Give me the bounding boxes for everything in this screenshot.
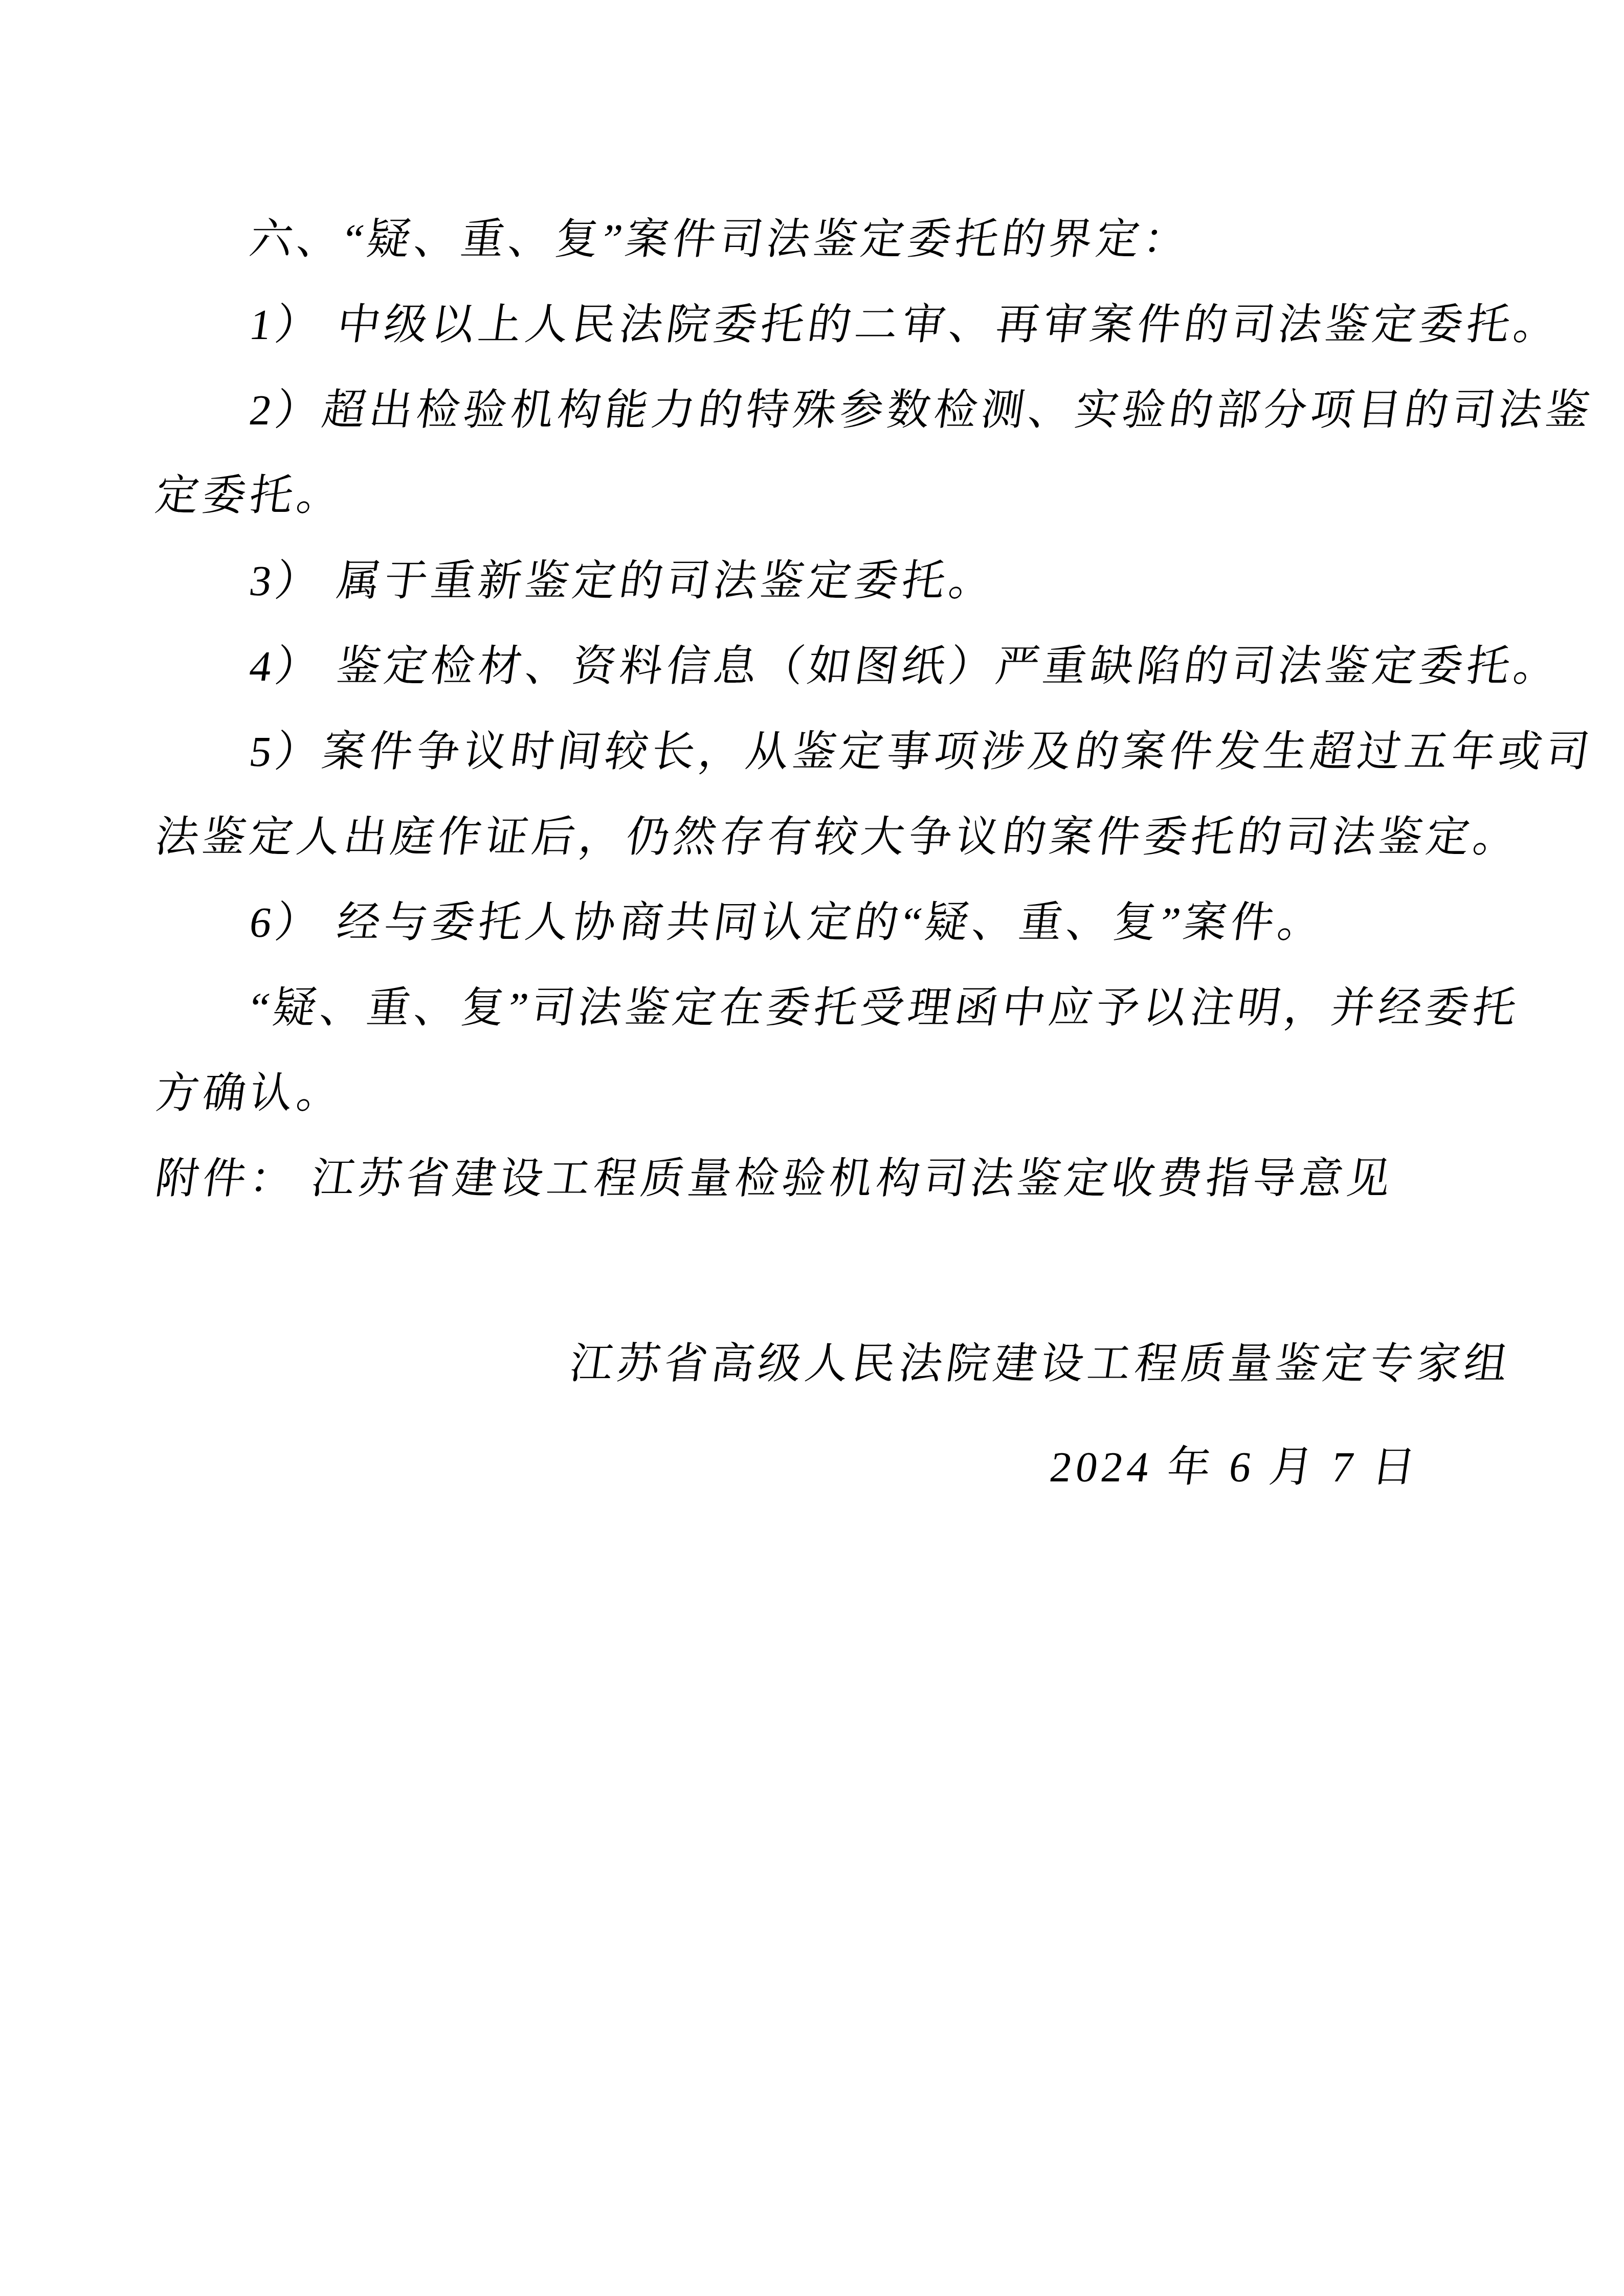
document-body: 六、“疑、重、复”案件司法鉴定委托的界定： 1） 中级以上人民法院委托的二审、再… xyxy=(150,197,1485,1510)
note-line: “疑、重、复”司法鉴定在委托受理函中应予以注明，并经委托 xyxy=(150,965,1497,1051)
section-heading-line: 六、“疑、重、复”案件司法鉴定委托的界定： xyxy=(150,197,1497,282)
item-1-line: 1） 中级以上人民法院委托的二审、再审案件的司法鉴定委托。 xyxy=(150,282,1497,368)
date-line: 2024 年 6 月 7 日 xyxy=(150,1425,1425,1510)
item-2-continuation-line: 定委托。 xyxy=(150,453,1497,538)
blank-line-gap xyxy=(150,1222,1485,1321)
item-6-line: 6） 经与委托人协商共同认定的“疑、重、复”案件。 xyxy=(150,880,1497,965)
signature-line: 江苏省高级人民法院建设工程质量鉴定专家组 xyxy=(150,1321,1517,1407)
item-5-line: 5）案件争议时间较长，从鉴定事项涉及的案件发生超过五年或司 xyxy=(150,709,1497,795)
item-4-line: 4） 鉴定检材、资料信息（如图纸）严重缺陷的司法鉴定委托。 xyxy=(150,624,1497,709)
item-3-line: 3） 属于重新鉴定的司法鉴定委托。 xyxy=(150,538,1497,624)
document-page: 六、“疑、重、复”案件司法鉴定委托的界定： 1） 中级以上人民法院委托的二审、再… xyxy=(0,0,1624,2296)
item-2-line: 2）超出检验机构能力的特殊参数检测、实验的部分项目的司法鉴 xyxy=(150,368,1497,453)
attachment-line: 附件： 江苏省建设工程质量检验机构司法鉴定收费指导意见 xyxy=(150,1136,1497,1222)
item-5-continuation-line: 法鉴定人出庭作证后，仍然存有较大争议的案件委托的司法鉴定。 xyxy=(150,795,1497,880)
note-continuation-line: 方确认。 xyxy=(150,1051,1497,1136)
